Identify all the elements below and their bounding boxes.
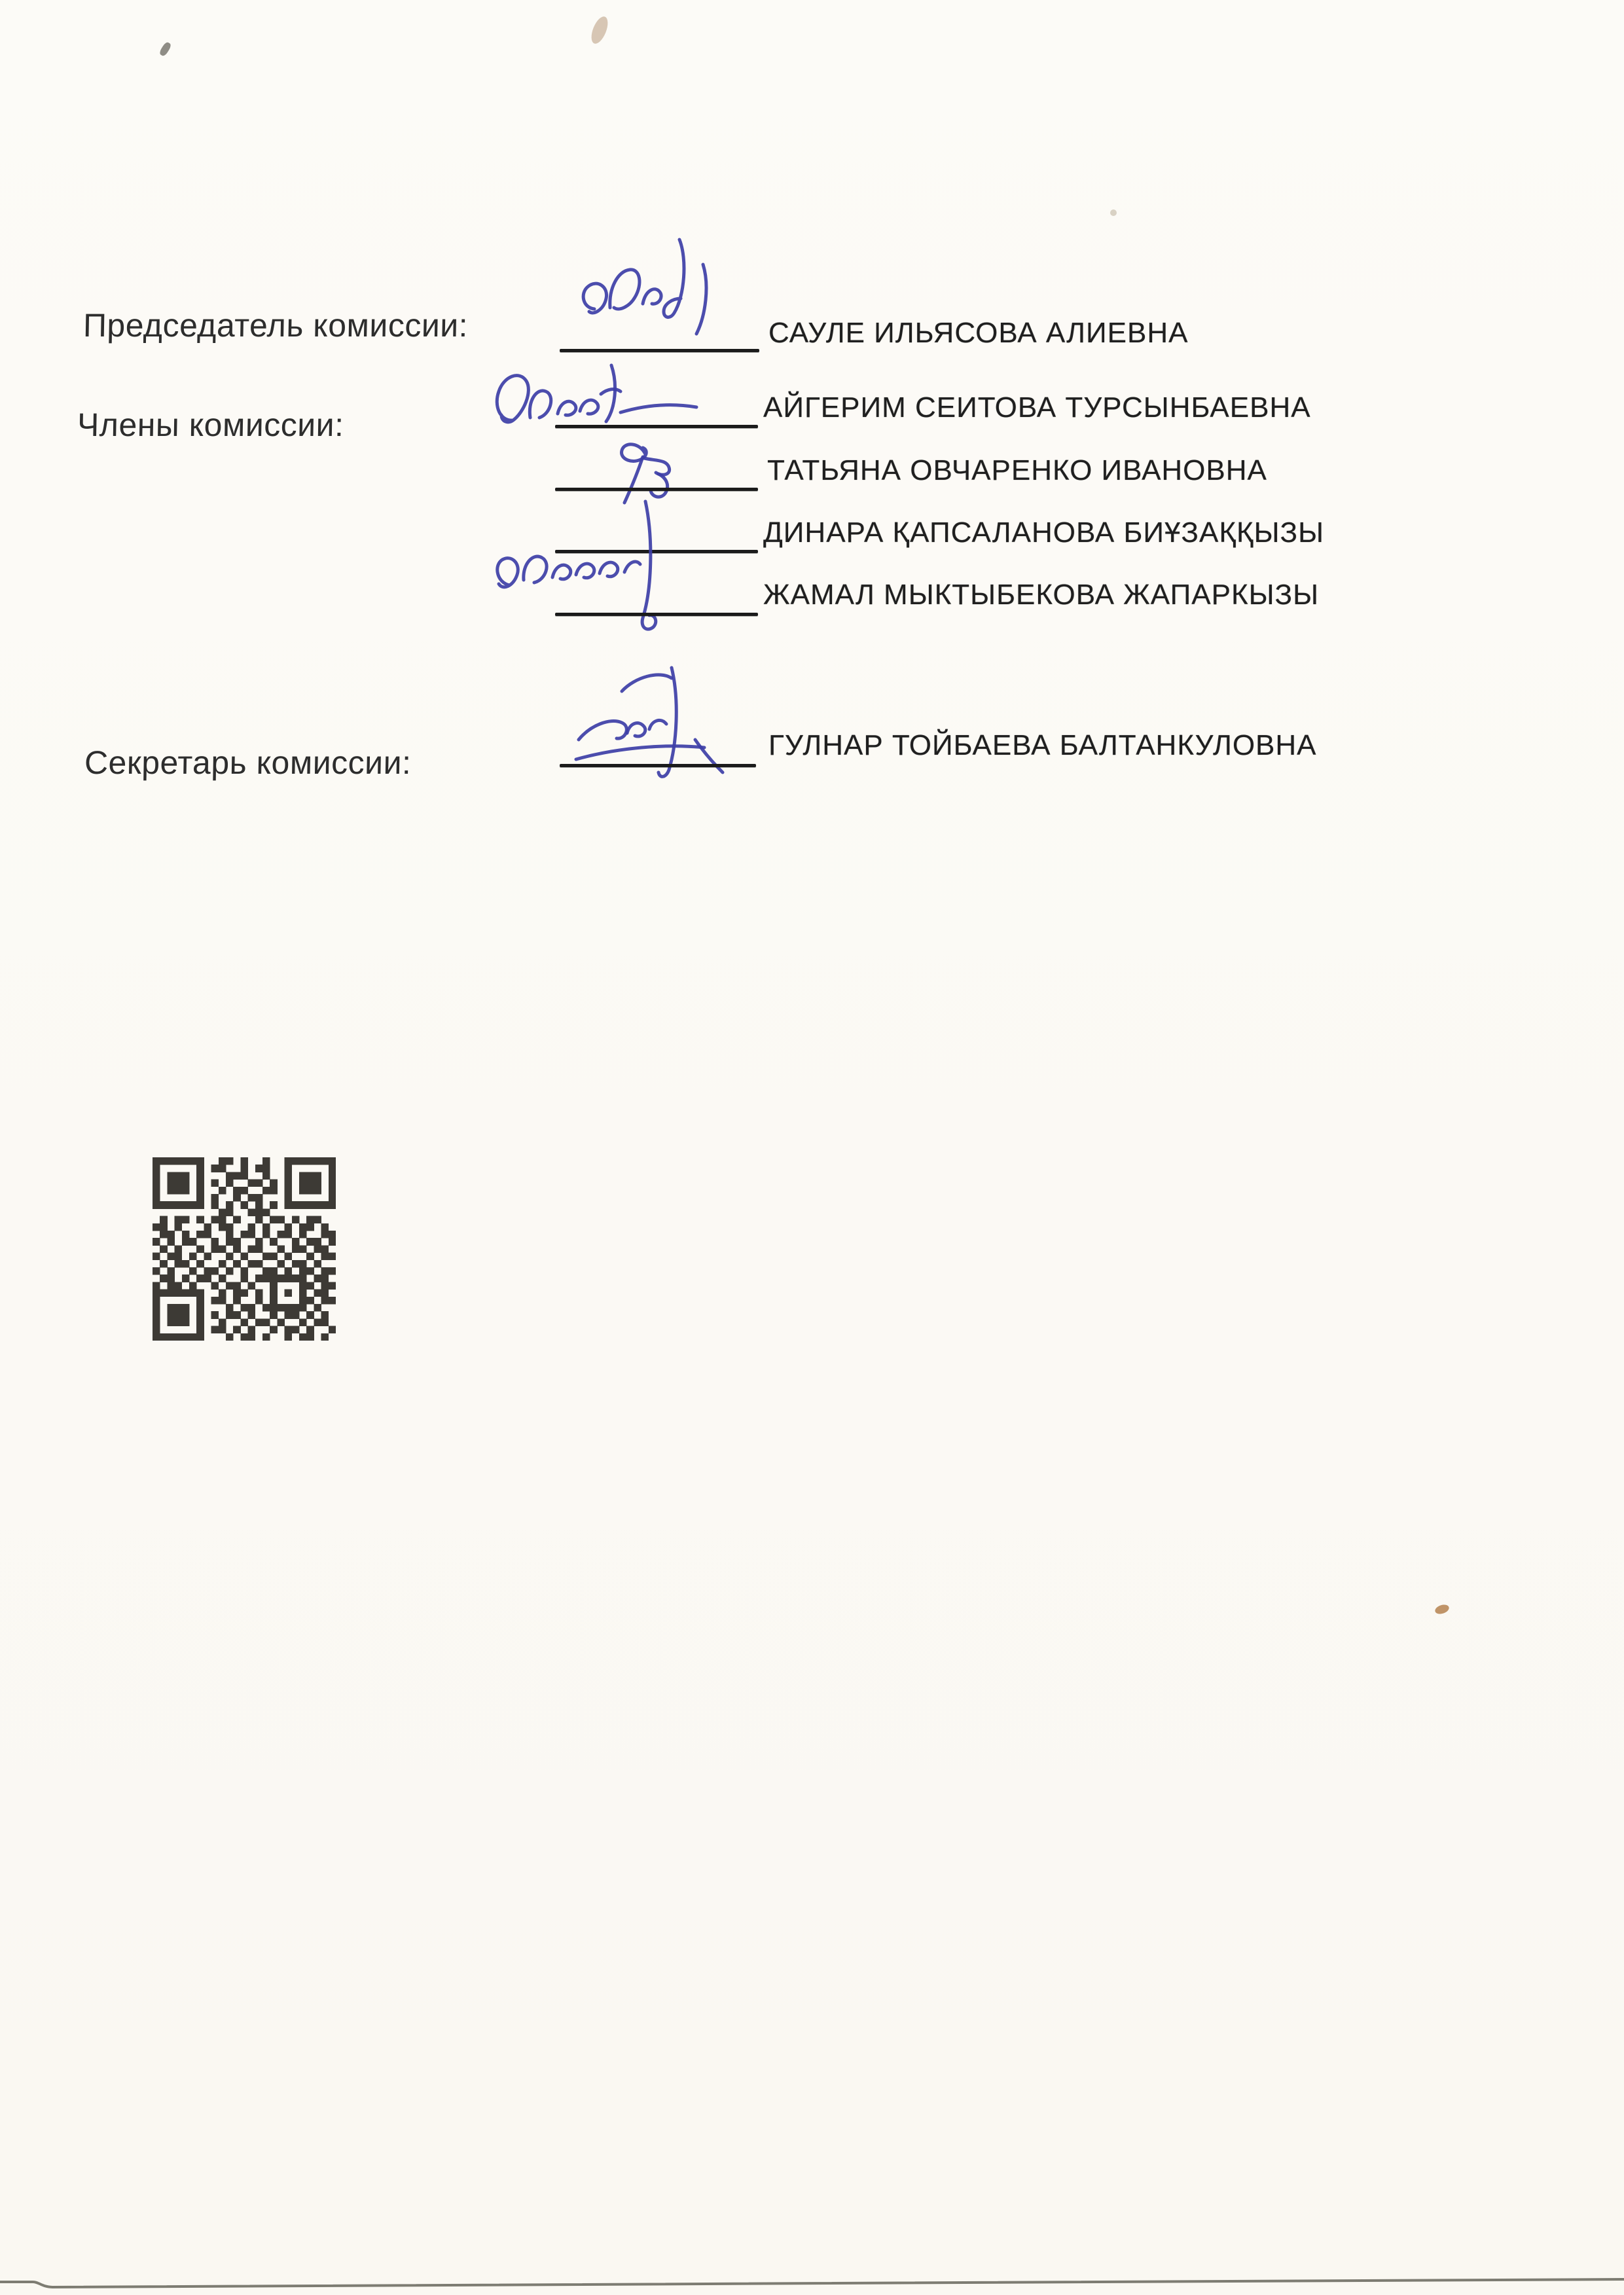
qr-code (153, 1157, 336, 1341)
signature-line-member1 (555, 425, 758, 428)
signature-secretary (562, 660, 751, 791)
signature-line-chair (560, 349, 759, 352)
label-members: Члены комиссии: (77, 406, 344, 444)
label-chair: Председатель комиссии: (82, 306, 468, 344)
scan-speck-dot (1110, 209, 1117, 216)
signatory-name-member3: ДИНАРА ҚАПСАЛАНОВА БИҰЗАҚҚЫЗЫ (763, 516, 1324, 549)
signature-member1 (490, 357, 706, 443)
signature-member4 (490, 496, 732, 647)
signature-chair (575, 230, 725, 355)
signatory-name-member1: АЙГЕРИМ СЕИТОВА ТУРСЫНБАЕВНА (763, 391, 1311, 424)
signature-line-member2 (555, 488, 758, 491)
scan-speck-right (1434, 1603, 1451, 1616)
signatory-name-member2: ТАТЬЯНА ОВЧАРЕНКО ИВАНОВНА (767, 454, 1267, 487)
signature-line-member4 (555, 613, 758, 616)
scan-speck-top-left (158, 41, 172, 57)
label-secretary: Секретарь комиссии: (84, 744, 411, 782)
scan-speck-top-center (588, 14, 611, 46)
signatory-name-secretary: ГУЛНАР ТОЙБАЕВА БАЛТАНКУЛОВНА (768, 729, 1317, 762)
scan-edge-artifact (0, 2264, 1624, 2295)
signatory-name-member4: ЖАМАЛ МЫКТЫБЕКОВА ЖАПАРКЫЗЫ (763, 579, 1319, 611)
signatory-name-chair: САУЛЕ ИЛЬЯСОВА АЛИЕВНА (768, 317, 1188, 350)
signature-line-secretary (560, 764, 756, 767)
scanned-document-page: Председатель комиссии: САУЛЕ ИЛЬЯСОВА АЛ… (0, 0, 1624, 2295)
